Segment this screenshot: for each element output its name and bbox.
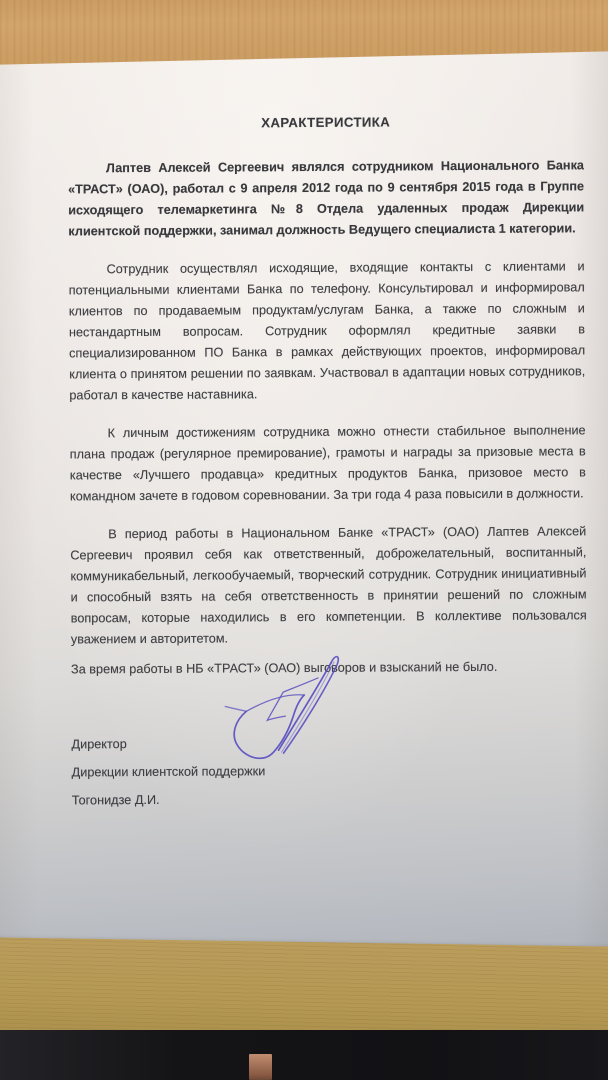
signature-stroke: [281, 662, 335, 752]
paragraph-achievements: К личным достижениям сотрудника можно от…: [70, 420, 587, 507]
paragraph-personal-qualities: В период работы в Национальном Банке «ТР…: [70, 521, 587, 650]
document-paper: ХАРАКТЕРИСТИКА Лаптев Алексей Сергеевич …: [0, 44, 608, 956]
paragraph-duties: Сотрудник осуществлял исходящие, входящи…: [69, 256, 586, 406]
signature-stroke: [225, 706, 246, 711]
table-leg: [249, 1054, 272, 1080]
signature-stroke: [278, 663, 332, 750]
paragraph-employment-info: Лаптев Алексей Сергеевич являлся сотрудн…: [68, 155, 585, 242]
photo-scene: ХАРАКТЕРИСТИКА Лаптев Алексей Сергеевич …: [0, 0, 608, 1080]
under-desk-shadow: [0, 1030, 608, 1080]
closing-signer-name: Тогонидзе Д.И.: [72, 783, 588, 814]
handwritten-signature-ink: [221, 638, 362, 779]
document-title: ХАРАКТЕРИСТИКА: [68, 110, 584, 134]
